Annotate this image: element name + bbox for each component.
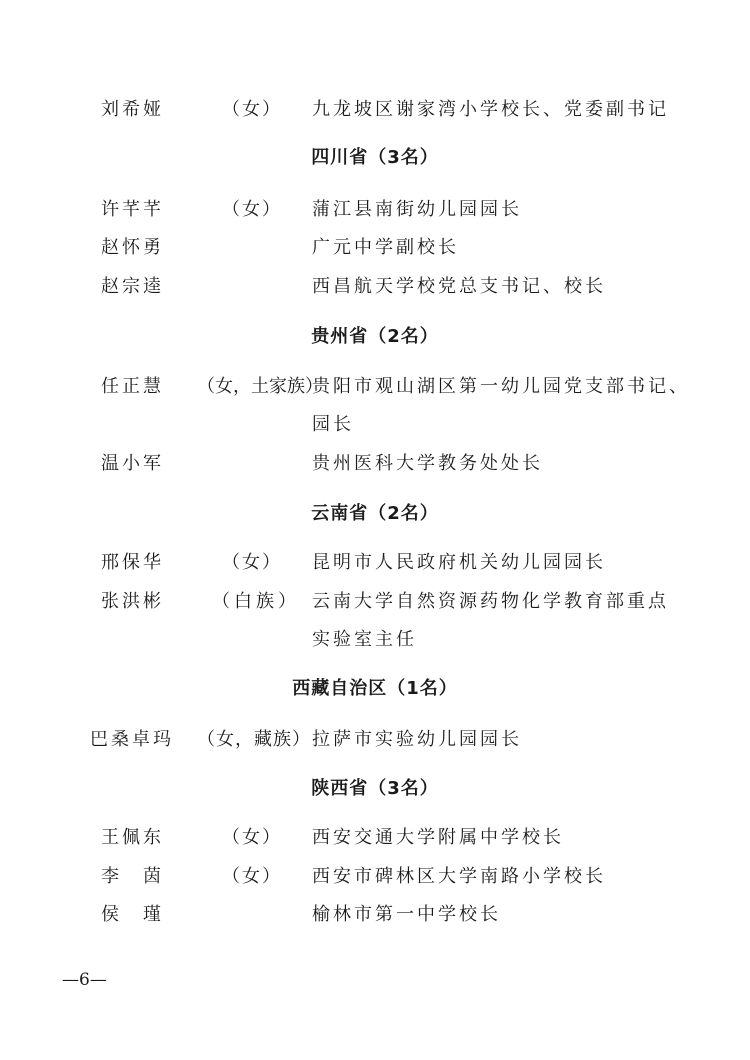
person-name: 侯 瑾 xyxy=(101,900,164,930)
person-note: （女，藏族） xyxy=(197,725,311,755)
section-heading-guizhou: 贵州省（2名） xyxy=(0,322,750,352)
list-item: 张洪彬 （白族） 云南大学自然资源药物化学教育部重点 xyxy=(0,587,750,617)
section-heading-tibet: 西藏自治区（1名） xyxy=(0,674,750,704)
person-name: 李 茵 xyxy=(101,862,164,892)
list-item: 巴桑卓玛 （女，藏族） 拉萨市实验幼儿园园长 xyxy=(0,725,750,755)
list-item-continuation: 实验室主任 xyxy=(0,625,750,655)
list-item: 赵怀勇 广元中学副校长 xyxy=(0,233,750,263)
person-name: 张洪彬 xyxy=(101,587,164,617)
person-title: 昆明市人民政府机关幼儿园园长 xyxy=(312,548,606,578)
person-title: 西安交通大学附属中学校长 xyxy=(312,823,564,853)
list-item: 许芊芊 （女） 蒲江县南街幼儿园园长 xyxy=(0,195,750,225)
person-title: 广元中学副校长 xyxy=(312,233,459,263)
person-name: 许芊芊 xyxy=(101,195,164,225)
list-item: 王佩东 （女） 西安交通大学附属中学校长 xyxy=(0,823,750,853)
section-heading-yunnan: 云南省（2名） xyxy=(0,499,750,529)
person-name: 赵怀勇 xyxy=(101,233,164,263)
person-title: 榆林市第一中学校长 xyxy=(312,900,501,930)
list-item: 侯 瑾 榆林市第一中学校长 xyxy=(0,900,750,930)
person-name: 任正慧 xyxy=(101,372,164,402)
person-note: （白族） xyxy=(212,587,300,617)
list-item: 李 茵 （女） 西安市碑林区大学南路小学校长 xyxy=(0,862,750,892)
list-item-continuation: 园长 xyxy=(0,410,750,440)
person-title: 云南大学自然资源药物化学教育部重点 xyxy=(312,587,669,617)
person-note: （女） xyxy=(222,195,282,225)
section-heading-sichuan: 四川省（3名） xyxy=(0,143,750,173)
person-title: 西安市碑林区大学南路小学校长 xyxy=(312,862,606,892)
person-name: 邢保华 xyxy=(101,548,164,578)
person-note: （女，土家族） xyxy=(197,372,323,402)
person-title: 拉萨市实验幼儿园园长 xyxy=(312,725,522,755)
person-note: （女） xyxy=(222,862,282,892)
person-title: 蒲江县南街幼儿园园长 xyxy=(312,195,522,225)
person-title: 贵州医科大学教务处处长 xyxy=(312,449,543,479)
person-name: 温小军 xyxy=(101,449,164,479)
list-item: 刘希娅 （女） 九龙坡区谢家湾小学校长、党委副书记 xyxy=(0,95,750,125)
person-note: （女） xyxy=(222,95,282,125)
person-title-continued: 实验室主任 xyxy=(312,625,417,655)
person-title: 西昌航天学校党总支书记、校长 xyxy=(312,272,606,302)
person-title: 贵阳市观山湖区第一幼儿园党支部书记、 xyxy=(312,372,690,402)
person-note: （女） xyxy=(222,548,282,578)
list-item: 任正慧 （女，土家族） 贵阳市观山湖区第一幼儿园党支部书记、 xyxy=(0,372,750,402)
section-heading-shaanxi: 陕西省（3名） xyxy=(0,774,750,804)
person-title: 九龙坡区谢家湾小学校长、党委副书记 xyxy=(312,95,669,125)
person-title-continued: 园长 xyxy=(312,410,354,440)
page-number: —6— xyxy=(62,968,107,992)
person-name: 巴桑卓玛 xyxy=(90,725,174,755)
person-name: 王佩东 xyxy=(101,823,164,853)
list-item: 邢保华 （女） 昆明市人民政府机关幼儿园园长 xyxy=(0,548,750,578)
person-name: 刘希娅 xyxy=(101,95,164,125)
person-name: 赵宗逵 xyxy=(101,272,164,302)
person-note: （女） xyxy=(222,823,282,853)
list-item: 温小军 贵州医科大学教务处处长 xyxy=(0,449,750,479)
list-item: 赵宗逵 西昌航天学校党总支书记、校长 xyxy=(0,272,750,302)
